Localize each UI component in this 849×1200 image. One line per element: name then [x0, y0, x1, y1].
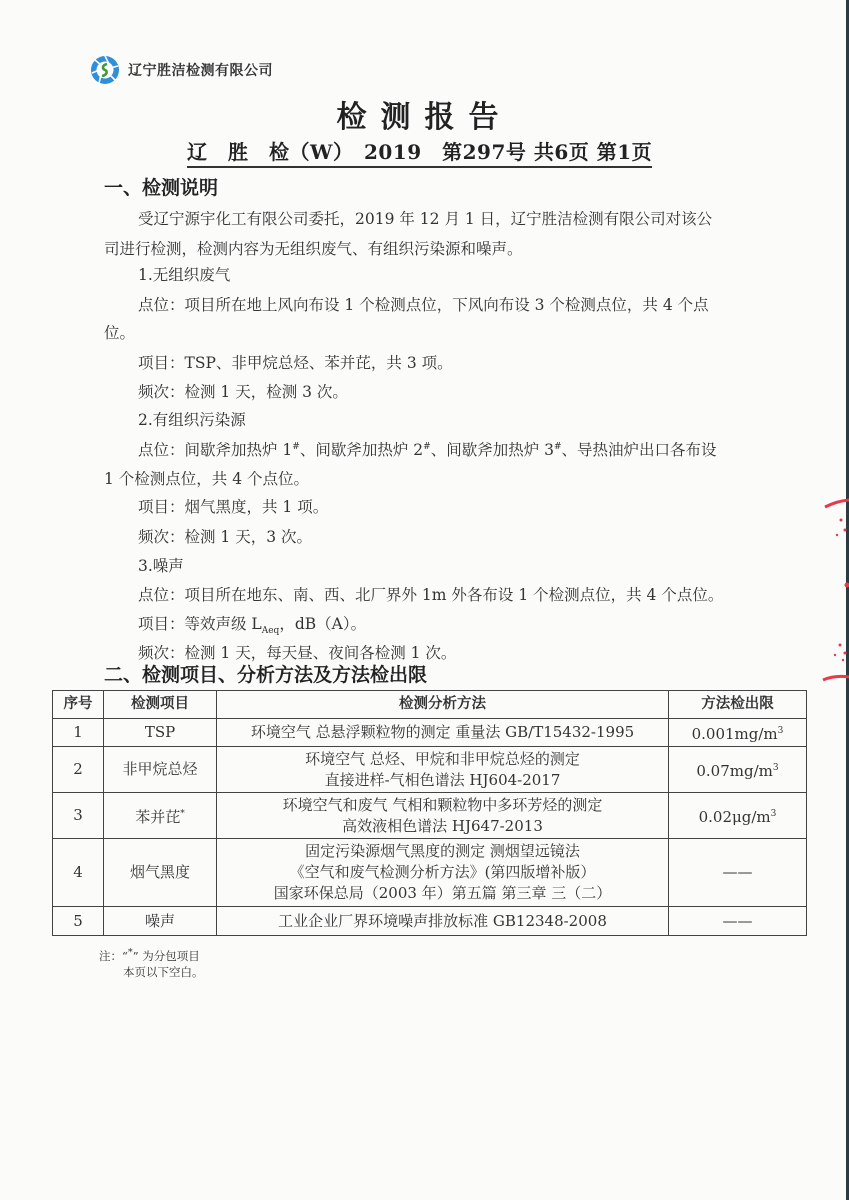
seal-stamp-partial: [805, 495, 849, 685]
footnote-blank: 本页以下空白。: [123, 964, 204, 980]
items-line: 项目：TSP、非甲烷总烃、苯并芘，共 3 项。: [138, 351, 453, 373]
letterhead: 辽宁胜洁检测有限公司: [90, 55, 273, 85]
intro-line-1: 受辽宁源宇化工有限公司委托，2019 年 12 月 1 日，辽宁胜洁检测有限公司…: [138, 207, 712, 229]
frequency-line-2: 频次：检测 1 天，3 次。: [138, 525, 312, 547]
intro-line-2: 司进行检测，检测内容为无组织废气、有组织污染源和噪声。: [104, 237, 523, 259]
header-method: 检测分析方法: [217, 691, 669, 719]
header-item: 检测项目: [104, 691, 217, 719]
items-line-3: 项目：等效声级 LAeq，dB（A）。: [138, 612, 366, 636]
table-row: 1 TSP 环境空气 总悬浮颗粒物的测定 重量法 GB/T15432-1995 …: [53, 719, 807, 747]
footnote-subcontract: 注：“*” 为分包项目: [99, 947, 200, 964]
table-row: 2 非甲烷总烃 环境空气 总烃、甲烷和非甲烷总烃的测定直接进样-气相色谱法 HJ…: [53, 747, 807, 793]
report-number: 辽 胜 检（W） 2019 第297号 共6页 第1页: [187, 136, 652, 168]
company-logo-icon: [90, 55, 120, 85]
frequency-line: 频次：检测 1 天，检测 3 次。: [138, 380, 348, 402]
points-line-2: 位。: [104, 321, 135, 343]
points-line-3: 点位：间歇斧加热炉 1#、间歇斧加热炉 2#、间歇斧加热炉 3#、导热油炉出口各…: [138, 438, 717, 460]
points-line-5: 点位：项目所在地东、南、西、北厂界外 1m 外各布设 1 个检测点位，共 4 个…: [138, 583, 723, 605]
table-row: 5 噪声 工业企业厂界环境噪声排放标准 GB12348-2008 ——: [53, 907, 807, 936]
table-row: 3 苯并芘* 环境空气和废气 气相和颗粒物中多环芳烃的测定高效液相色谱法 HJ6…: [53, 793, 807, 839]
page-title: 检测报告: [0, 92, 849, 136]
items-line-2: 项目：烟气黑度，共 1 项。: [138, 495, 328, 517]
points-line-4: 1 个检测点位，共 4 个点位。: [104, 467, 309, 489]
subsection-title-2: 2.有组织污染源: [138, 408, 246, 430]
subsection-title-1: 1.无组织废气: [138, 263, 230, 285]
table-row: 4 烟气黑度 固定污染源烟气黑度的测定 测烟望远镜法《空气和废气检测分析方法》(…: [53, 839, 807, 907]
header-limit: 方法检出限: [669, 691, 807, 719]
company-name: 辽宁胜洁检测有限公司: [128, 60, 273, 80]
methods-table: 序号 检测项目 检测分析方法 方法检出限 1 TSP 环境空气 总悬浮颗粒物的测…: [52, 690, 807, 936]
header-no: 序号: [53, 691, 104, 719]
section-heading-1: 一、检测说明: [104, 173, 218, 200]
points-line-1: 点位：项目所在地上风向布设 1 个检测点位，下风向布设 3 个检测点位，共 4 …: [138, 293, 709, 315]
table-header-row: 序号 检测项目 检测分析方法 方法检出限: [53, 691, 807, 719]
subsection-title-3: 3.噪声: [138, 554, 184, 576]
section-heading-2: 二、检测项目、分析方法及方法检出限: [104, 660, 427, 687]
